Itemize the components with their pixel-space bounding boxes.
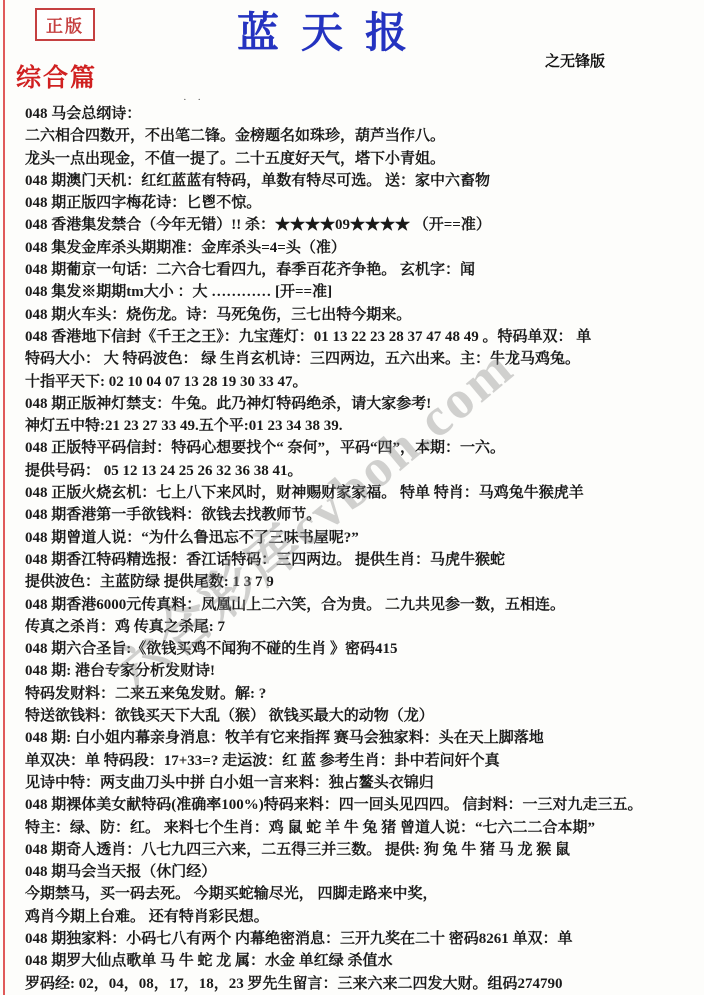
text-line: 048 期香江特码精选报：香江话特码：三四两边。 提供生肖：马虎牛猴蛇 [25, 549, 698, 571]
text-line: 048 期香港第一手欲钱料：欲钱去找教师节。 [25, 504, 698, 526]
text-line: 048 期正版四字梅花诗：匕鬯不惊。 [25, 192, 698, 214]
text-line: 048 期火车头：烧伤龙。诗：马死兔伤，三七出特今期来。 [25, 304, 698, 326]
text-line: 提供波色：主蓝防绿 提供尾数: 1 3 7 9 [25, 571, 698, 593]
text-line: 048 期曾道人说：“为什么鲁迅忘不了三味书屋呢?” [25, 527, 698, 549]
text-line: 048 香港集发禁合（今年无错）!! 杀：★★★★09★★★★ （开==准） [25, 214, 698, 236]
text-line: 048 正版火烧玄机：七上八下来风时，财神赐财家家福。 特单 特肖：马鸡兔牛猴虎… [25, 482, 698, 504]
text-line: 048 期奇人透肖：八七九四三六来，二五得三并三数。 提供: 狗 兔 牛 猪 马… [25, 839, 698, 861]
text-line: 048 期马会当天报（休门经） [25, 861, 698, 883]
text-line: 048 期香港6000元传真料：凤凰山上二六笑，合为贵。 二九共见参一数，五相连… [25, 594, 698, 616]
newspaper-page: 正版 蓝天报 之无锋版 综合篇 · · 048 马会总纲诗：二六相合四数开，不出… [0, 0, 704, 995]
text-line: 鸡肖今期上台难。 还有特肖彩民想。 [25, 906, 698, 928]
text-line: 传真之杀肖：鸡 传真之杀尾: 7 [25, 616, 698, 638]
text-line: 048 集发※期期tm大小 ：大 ………… [开==准] [25, 281, 698, 303]
text-line: 048 马会总纲诗： [25, 103, 698, 125]
text-line: 特送欲钱料：欲钱买天下大乱（猴） 欲钱买最大的动物（龙） [25, 705, 698, 727]
text-line: 048 正版特平码信封：特码心想要找个“ 奈何”，平码“四”，本期：一六。 [25, 437, 698, 459]
text-line: 048 期裸体美女献特码(准确率100%)特码来料：四一回头见四四。 信封料：一… [25, 794, 698, 816]
text-line: 提供号码： 05 12 13 24 25 26 32 36 38 41。 [25, 460, 698, 482]
text-line: 048 期澳门天机：红红蓝蓝有特码，单数有特尽可选。 送：家中六畜物 [25, 170, 698, 192]
text-line: 见诗中特：两支曲刀头中拼 白小姐一言来料：独占鳌头衣锦归 [25, 772, 698, 794]
text-line: 神灯五中特:21 23 27 33 49.五个平:01 23 34 38 39. [25, 415, 698, 437]
section-header: 综合篇 [16, 58, 97, 94]
text-line: 048 期六合圣旨:《欲钱买鸡不闻狗不碰的生肖 》密码415 [25, 638, 698, 660]
text-line: 特主：绿、防：红。 来料七个生肖：鸡 鼠 蛇 羊 牛 兔 猪 曾道人说：“七六二… [25, 817, 698, 839]
text-line: 特码发财料：二来五来兔发财。解: ? [25, 683, 698, 705]
tips-text-block: 048 马会总纲诗：二六相合四数开，不出笔二锋。金榜题名如珠珍，葫芦当作八。龙头… [25, 103, 698, 995]
text-line: 十指平天下: 02 10 04 07 13 28 19 30 33 47。 [25, 371, 698, 393]
text-line: 二六相合四数开，不出笔二锋。金榜题名如珠珍，葫芦当作八。 [25, 125, 698, 147]
left-margin-line [3, 0, 5, 995]
text-line: 今期禁马，买一码去死。 今期买蛇输尽光， 四脚走路来中奖， [25, 883, 698, 905]
text-line: 048 期罗大仙点歌单 马 牛 蛇 龙 属：水金 单红绿 杀值水 [25, 950, 698, 972]
text-line: 048 期: 白小姐内幕亲身消息：牧羊有它来指挥 赛马会独家料：头在天上脚落地 [25, 727, 698, 749]
text-line: 罗码经: 02，04，08，17，18，23 罗先生留言：三来六来二四发大财。组… [25, 973, 698, 995]
text-line: 048 香港地下信封《千王之王》：九宝莲灯：01 13 22 23 28 37 … [25, 326, 698, 348]
text-line: 048 期: 港台专家分析发财诗! [25, 660, 698, 682]
text-line: 048 期独家料：小码七八有两个 内幕绝密消息：三开九奖在二十 密码8261 单… [25, 928, 698, 950]
text-line: 048 集发金库杀头期期准：金库杀头=4=头（准） [25, 237, 698, 259]
edition-label: 之无锋版 [545, 50, 605, 71]
text-line: 单双决：单 特码段：17+33=? 走运波：红 蓝 参考生肖：卦中若问奸个真 [25, 750, 698, 772]
text-line: 048 期葡京一句话：二六合七看四九，春季百花齐争艳。 玄机字：闻 [25, 259, 698, 281]
text-line: 048 期正版神灯禁支：牛兔。此乃神灯特码绝杀，请大家参考! [25, 393, 698, 415]
text-line: 特码大小： 大 特码波色： 绿 生肖玄机诗：三四两边，五六出来。主：牛龙马鸡兔。 [25, 348, 698, 370]
text-line: 龙头一点出现金，不值一提了。二十五度好天气，塔下小青姐。 [25, 148, 698, 170]
